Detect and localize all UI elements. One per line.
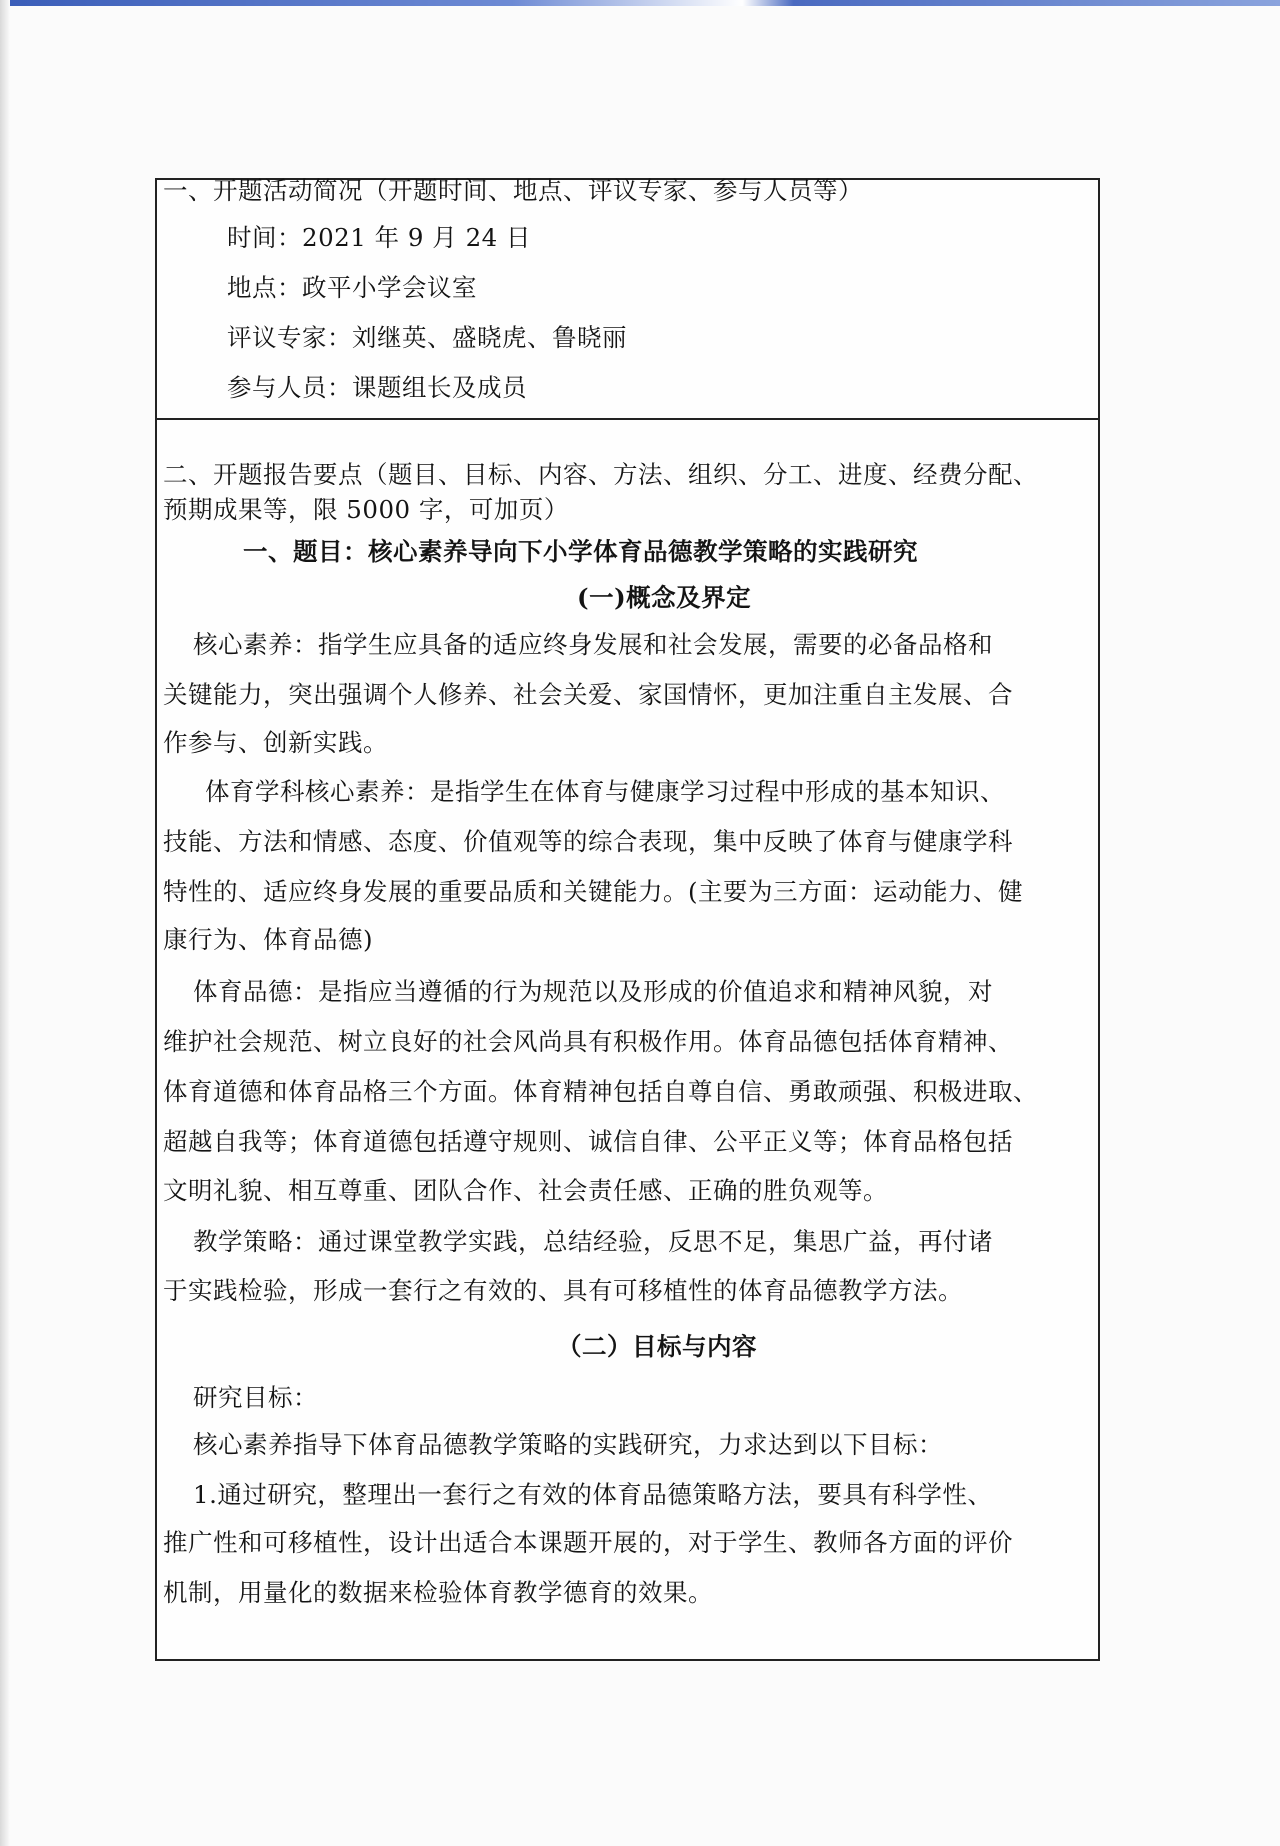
section2-heading-line2: 预期成果等，限 5000 字，可加页） (163, 495, 569, 525)
pe-core-literacy-line4: 康行为、体育品德) (163, 925, 373, 955)
pe-core-literacy-line3: 特性的、适应终身发展的重要品质和关键能力。(主要为三方面：运动能力、健 (163, 877, 1023, 907)
goal1-line3: 机制，用量化的数据来检验体育教学德育的效果。 (163, 1578, 713, 1608)
pe-core-literacy-line2: 技能、方法和情感、态度、价值观等的综合表现，集中反映了体育与健康学科 (163, 827, 1013, 857)
core-literacy-line1: 核心素养：指学生应具备的适应终身发展和社会发展，需要的必备品格和 (193, 630, 993, 660)
meeting-place: 地点：政平小学会议室 (227, 273, 477, 303)
goal1-line2: 推广性和可移植性，设计出适合本课题开展的，对于学生、教师各方面的评价 (163, 1528, 1013, 1558)
core-literacy-line3: 作参与、创新实践。 (163, 728, 388, 758)
pe-core-literacy-line1: 体育学科核心素养：是指学生在体育与健康学习过程中形成的基本知识、 (205, 777, 1005, 807)
pe-morality-line2: 维护社会规范、树立良好的社会风尚具有积极作用。体育品德包括体育精神、 (163, 1027, 1013, 1057)
activity-overview-cell: 一、开题活动简况（开题时间、地点、评议专家、参与人员等） 时间：2021 年 9… (157, 180, 1098, 420)
photo-top-edge (0, 0, 1280, 6)
teaching-strategy-line2: 于实践检验，形成一套行之有效的、具有可移植性的体育品德教学方法。 (163, 1276, 963, 1306)
review-experts: 评议专家：刘继英、盛晓虎、鲁晓丽 (227, 323, 627, 353)
subsection-concepts: (一)概念及界定 (577, 583, 751, 613)
teaching-strategy-line1: 教学策略：通过课堂教学实践，总结经验，反思不足，集思广益，再付诸 (193, 1227, 993, 1257)
subsection-goals-content: （二）目标与内容 (557, 1332, 757, 1362)
section2-heading-line1: 二、开题报告要点（题目、目标、内容、方法、组织、分工、进度、经费分配、 (163, 460, 1038, 490)
pe-morality-line1: 体育品德：是指应当遵循的行为规范以及形成的价值追求和精神风貌，对 (193, 977, 993, 1007)
photo-left-shadow (0, 0, 10, 1846)
report-form-table: 一、开题活动简况（开题时间、地点、评议专家、参与人员等） 时间：2021 年 9… (155, 178, 1100, 1661)
research-goal-label: 研究目标： (193, 1383, 318, 1413)
pe-morality-line3: 体育道德和体育品格三个方面。体育精神包括自尊自信、勇敢顽强、积极进取、 (163, 1077, 1038, 1107)
research-title: 一、题目：核心素养导向下小学体育品德教学策略的实践研究 (243, 537, 918, 567)
pe-morality-line4: 超越自我等；体育道德包括遵守规则、诚信自律、公平正义等；体育品格包括 (163, 1127, 1013, 1157)
research-goal-intro: 核心素养指导下体育品德教学策略的实践研究，力求达到以下目标： (193, 1430, 943, 1460)
pe-morality-line5: 文明礼貌、相互尊重、团队合作、社会责任感、正确的胜负观等。 (163, 1176, 888, 1206)
section1-heading: 一、开题活动简况（开题时间、地点、评议专家、参与人员等） (163, 176, 863, 206)
participants: 参与人员：课题组长及成员 (227, 373, 527, 403)
goal1-line1: 1.通过研究，整理出一套行之有效的体育品德策略方法，要具有科学性、 (193, 1480, 992, 1510)
report-points-cell: 二、开题报告要点（题目、目标、内容、方法、组织、分工、进度、经费分配、 预期成果… (157, 420, 1098, 1659)
core-literacy-line2: 关键能力，突出强调个人修养、社会关爱、家国情怀，更加注重自主发展、合 (163, 680, 1013, 710)
meeting-time: 时间：2021 年 9 月 24 日 (227, 223, 531, 253)
